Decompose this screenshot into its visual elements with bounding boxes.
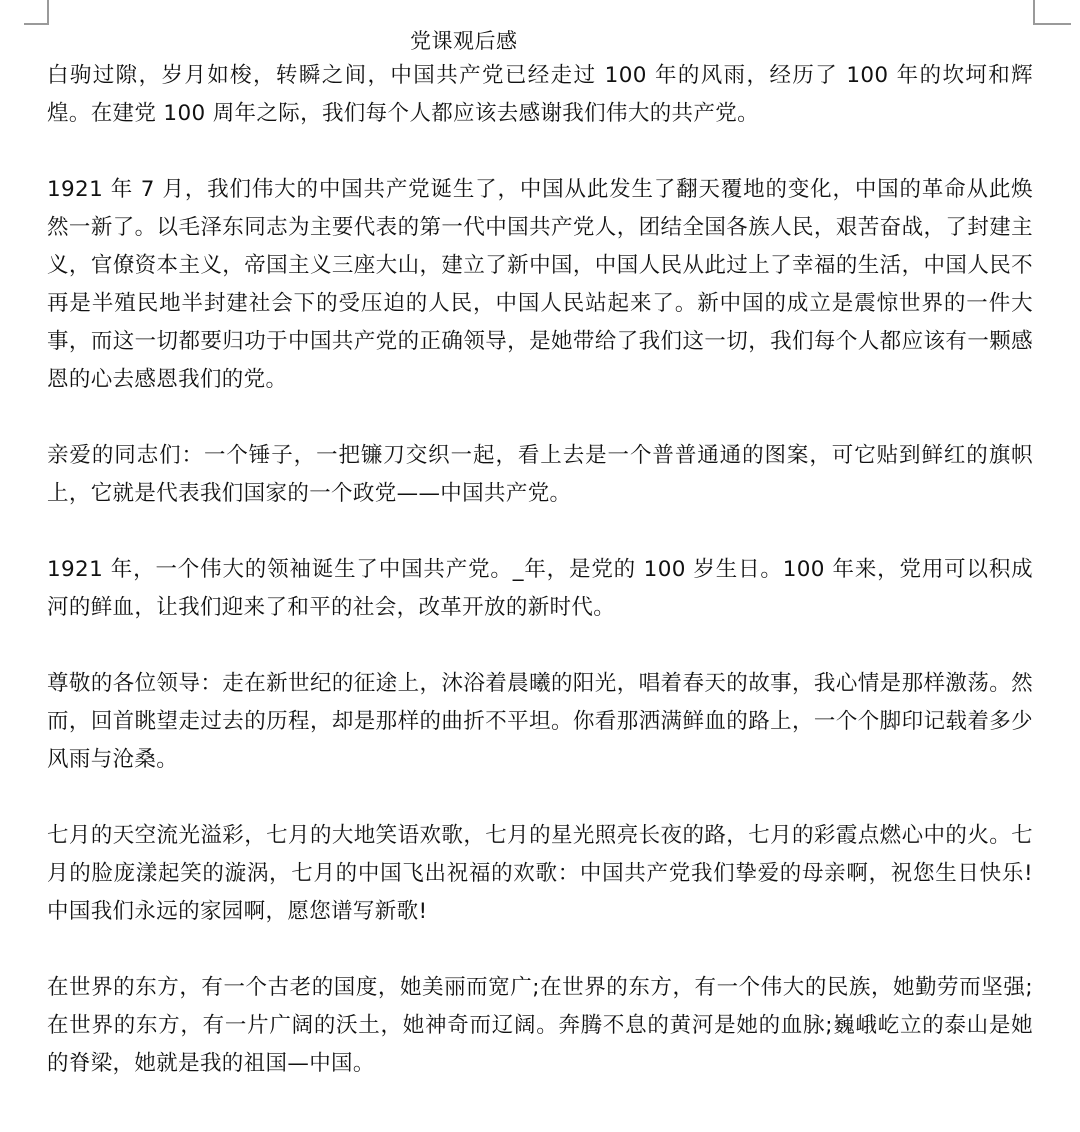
paragraph-3: 亲爱的同志们：一个锤子，一把镰刀交织一起，看上去是一个普普通通的图案，可它贴到鲜… — [47, 437, 1033, 513]
document-page[interactable]: 党课观后感 白驹过隙，岁月如梭，转瞬之间，中国共产党已经走过 100 年的风雨，… — [47, 25, 1033, 1121]
paragraph-4: 1921 年，一个伟大的领袖诞生了中国共产党。_年，是党的 100 岁生日。10… — [47, 551, 1033, 627]
paragraph-5: 尊敬的各位领导：走在新世纪的征途上，沐浴着晨曦的阳光，唱着春天的故事，我心情是那… — [47, 665, 1033, 779]
paragraph-1: 白驹过隙，岁月如梭，转瞬之间，中国共产党已经走过 100 年的风雨，经历了 10… — [47, 57, 1033, 133]
page-margin-mark-top-left — [24, 0, 49, 25]
document-title: 党课观后感 — [47, 25, 1033, 57]
paragraph-7: 在世界的东方，有一个古老的国度，她美丽而宽广;在世界的东方，有一个伟大的民族，她… — [47, 969, 1033, 1083]
paragraph-6: 七月的天空流光溢彩，七月的大地笑语欢歌，七月的星光照亮长夜的路，七月的彩霞点燃心… — [47, 817, 1033, 931]
paragraph-2: 1921 年 7 月，我们伟大的中国共产党诞生了，中国从此发生了翻天覆地的变化，… — [47, 171, 1033, 399]
page-margin-mark-top-right — [1033, 0, 1071, 25]
